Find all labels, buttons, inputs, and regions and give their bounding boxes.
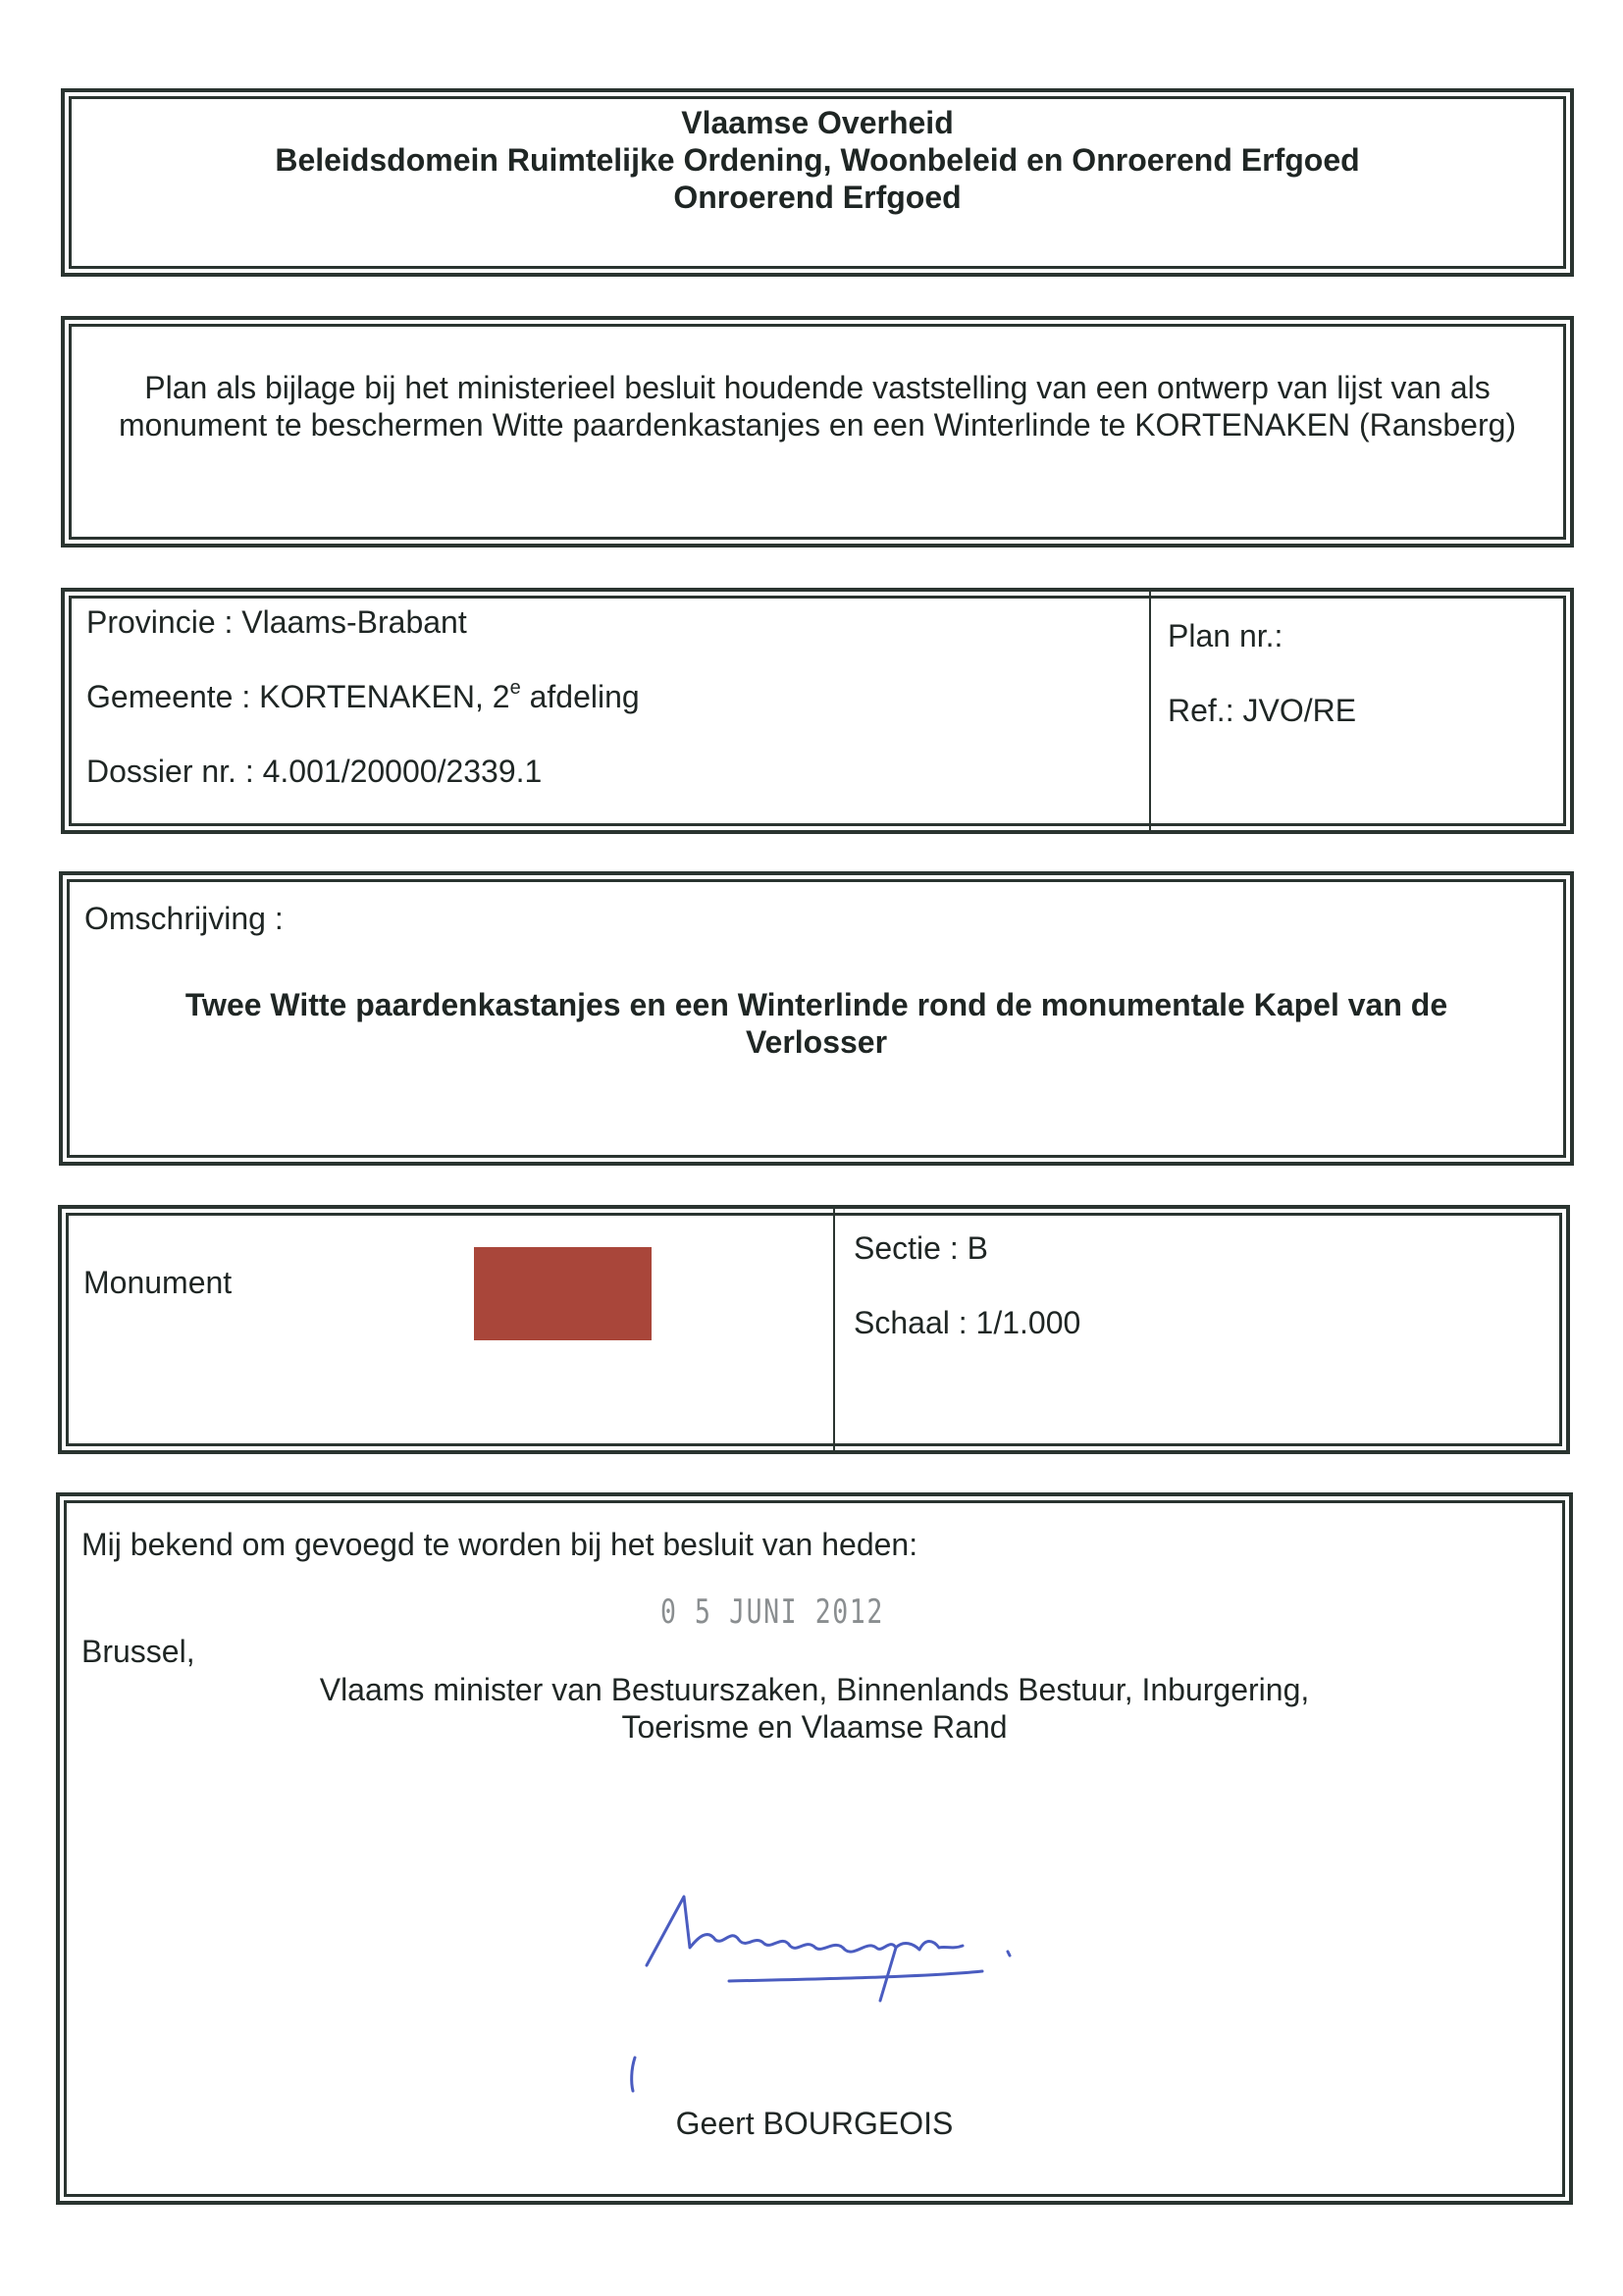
plan-nr-text: Plan nr.: (1168, 617, 1283, 654)
header-box: Vlaamse Overheid Beleidsdomein Ruimtelij… (61, 88, 1574, 277)
plan-title-line-1: Plan als bijlage bij het ministerieel be… (65, 369, 1570, 406)
signature-box: Mij bekend om gevoegd te worden bij het … (56, 1492, 1573, 2205)
date-stamp: 0 5 JUNI 2012 (660, 1593, 884, 1631)
description-line-1: Twee Witte paardenkastanjes en een Winte… (63, 986, 1570, 1023)
sectie-text: Sectie : B (854, 1229, 988, 1267)
header-line-1: Vlaamse Overheid (65, 104, 1570, 141)
location-divider (1149, 592, 1151, 830)
legend-inner-frame (66, 1213, 1562, 1446)
header-line-3: Onroerend Erfgoed (65, 179, 1570, 216)
gemeente-superscript: e (510, 677, 521, 699)
provincie-text: Provincie : Vlaams-Brabant (86, 603, 467, 641)
legend-divider (833, 1209, 835, 1450)
gemeente-text: Gemeente : KORTENAKEN, 2e afdeling (86, 678, 640, 715)
gemeente-suffix: afdeling (521, 679, 640, 714)
location-box: Provincie : Vlaams-Brabant Gemeente : KO… (61, 588, 1574, 834)
description-label: Omschrijving : (84, 900, 284, 937)
ref-text: Ref.: JVO/RE (1168, 692, 1356, 729)
header-line-2: Beleidsdomein Ruimtelijke Ordening, Woon… (65, 141, 1570, 179)
monument-color-swatch (474, 1247, 652, 1340)
description-line-2: Verlosser (63, 1023, 1570, 1061)
plan-title-line-2: monument te beschermen Witte paardenkast… (65, 406, 1570, 444)
legend-box: Monument Sectie : B Schaal : 1/1.000 (58, 1205, 1570, 1454)
dossier-text: Dossier nr. : 4.001/20000/2339.1 (86, 753, 542, 790)
plan-title-box: Plan als bijlage bij het ministerieel be… (61, 316, 1574, 548)
description-box: Omschrijving : Twee Witte paardenkastanj… (59, 871, 1574, 1166)
minister-name: Geert BOURGEOIS (60, 2105, 1569, 2142)
gemeente-prefix: Gemeente : KORTENAKEN, 2 (86, 679, 510, 714)
statement-text: Mij bekend om gevoegd te worden bij het … (81, 1526, 917, 1563)
minister-title-line-1: Vlaams minister van Bestuurszaken, Binne… (60, 1671, 1569, 1708)
schaal-text: Schaal : 1/1.000 (854, 1304, 1080, 1341)
monument-label: Monument (83, 1264, 232, 1301)
place-text: Brussel, (81, 1633, 195, 1670)
minister-title-line-2: Toerisme en Vlaamse Rand (60, 1708, 1569, 1746)
